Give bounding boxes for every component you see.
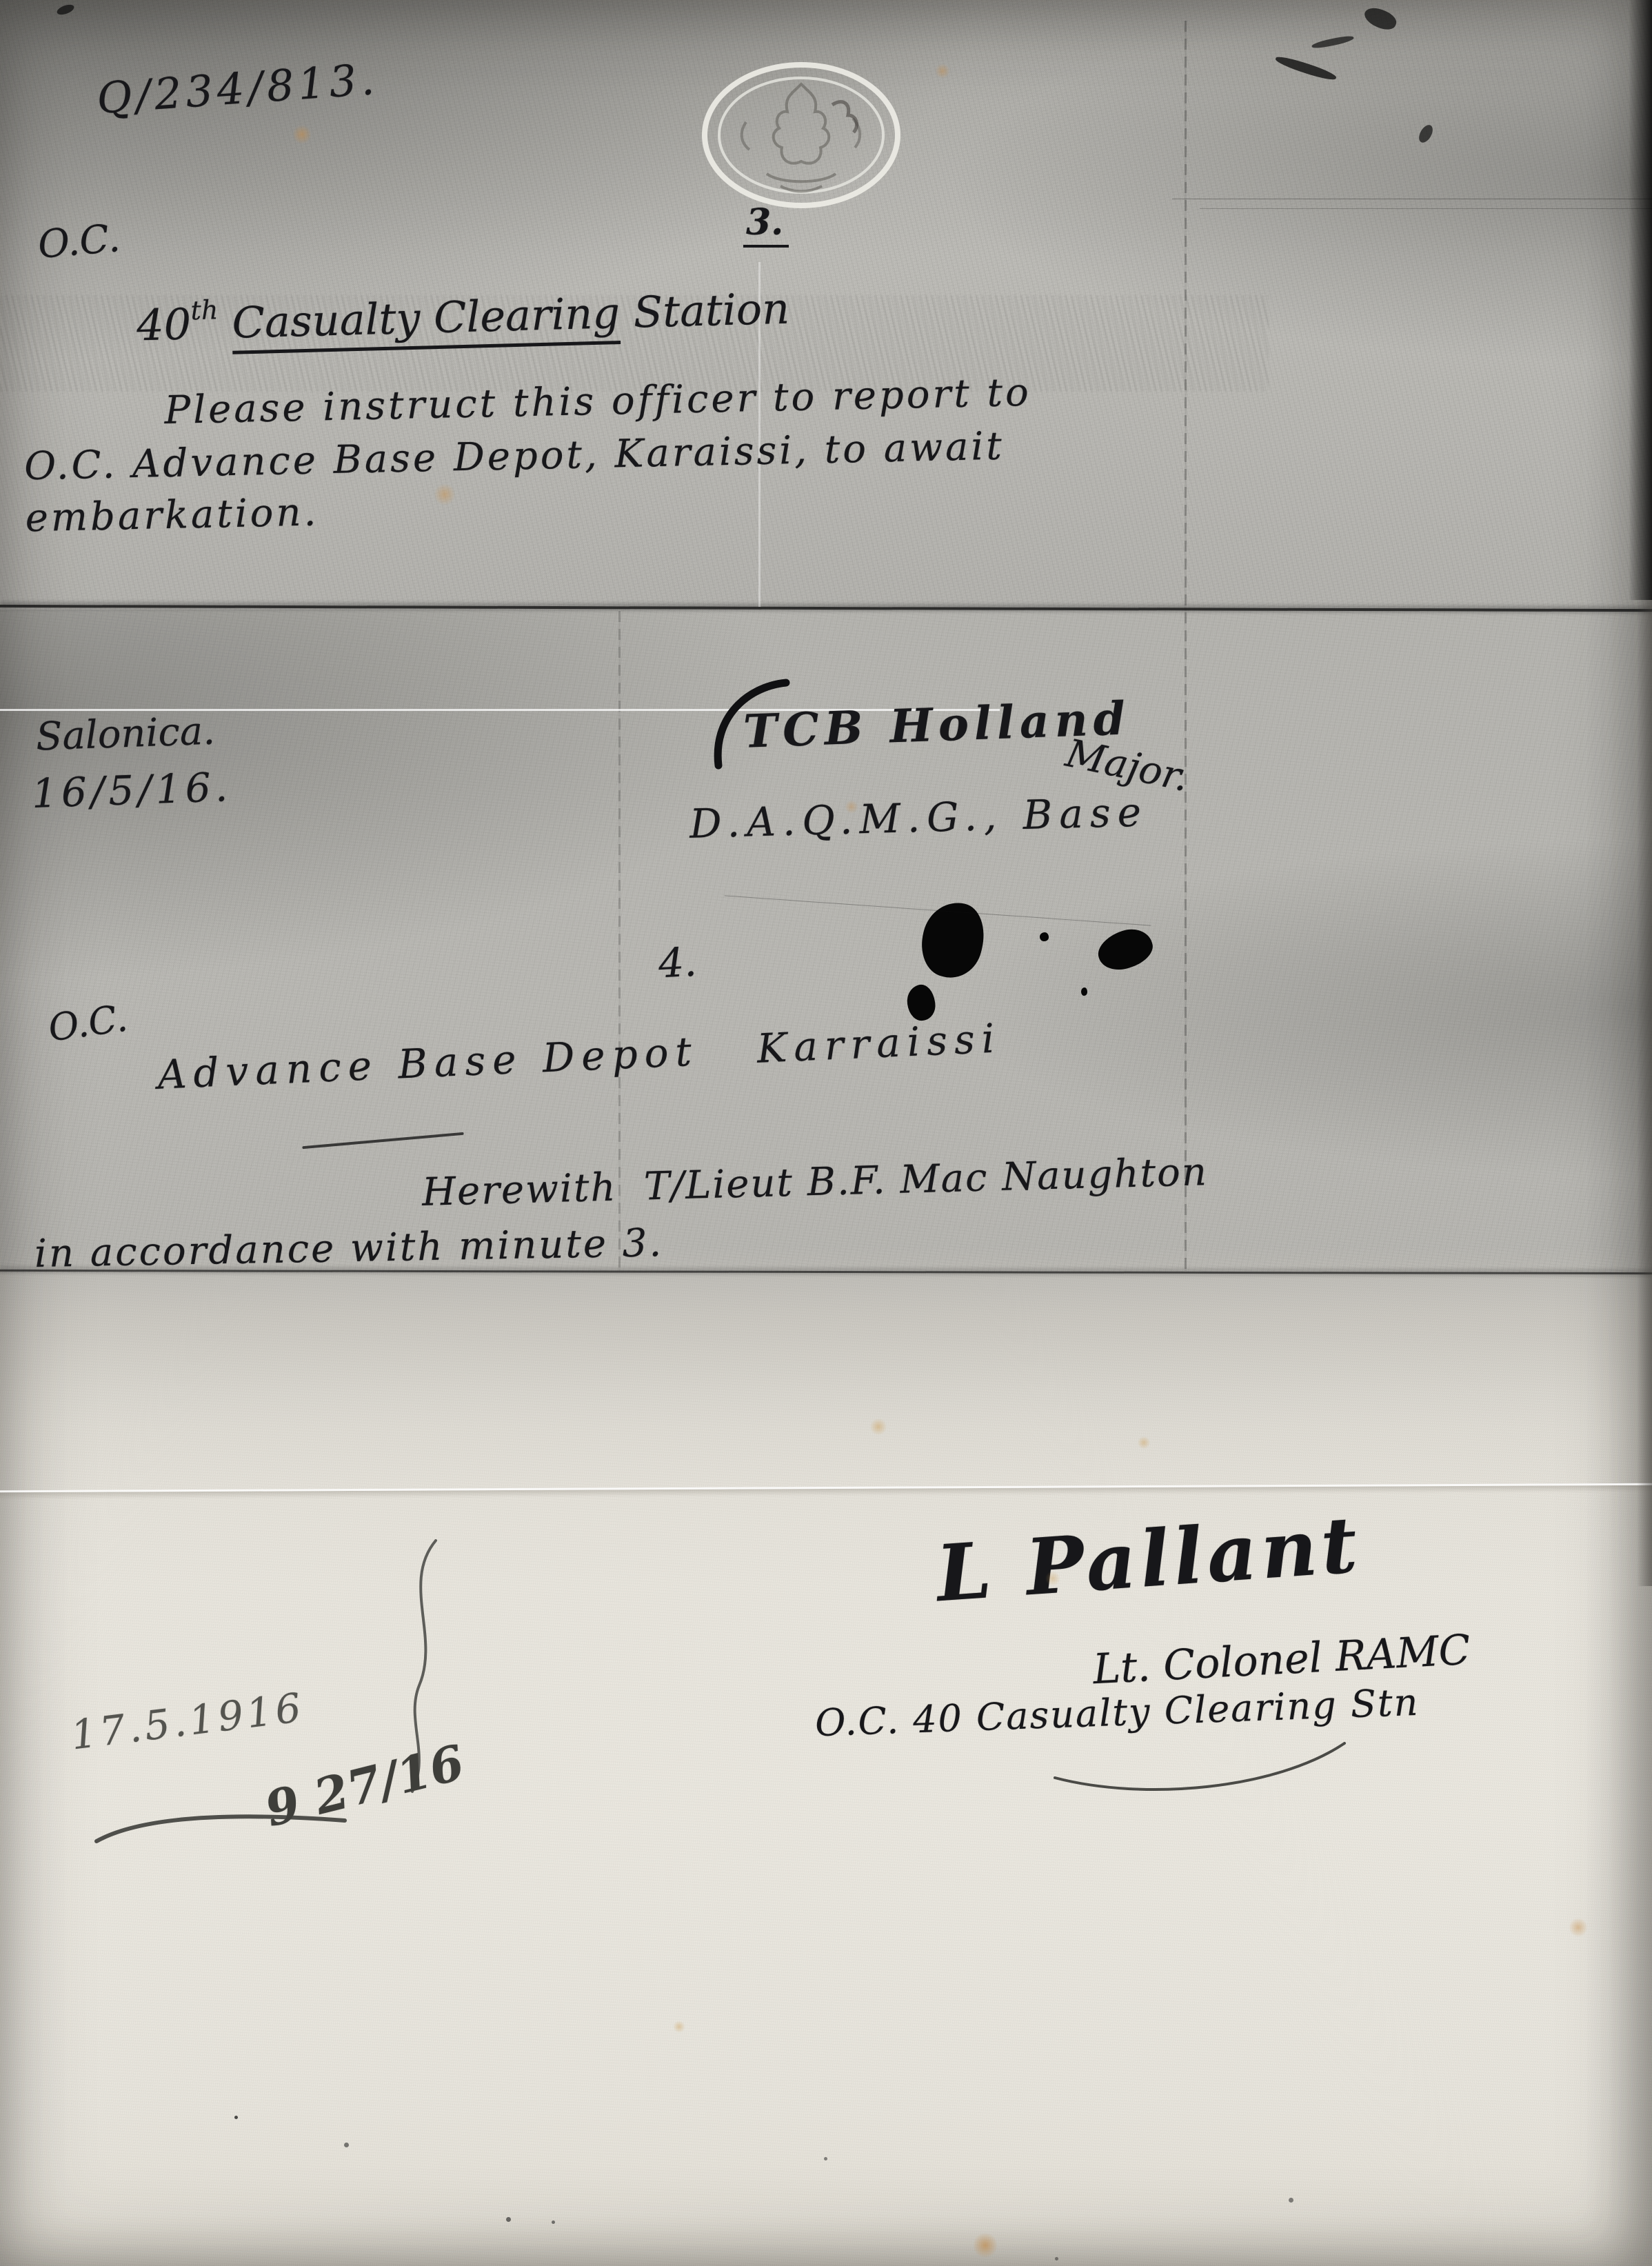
date-line: 16/5/16. (31, 763, 232, 817)
minute-number-top: 3. (743, 201, 789, 248)
spacer (218, 298, 233, 348)
unit-name-rest: Station (619, 283, 790, 338)
age-stain (1045, 1571, 1060, 1586)
royal-crest-seal-icon (698, 57, 905, 215)
ink-speck-1 (1040, 932, 1049, 941)
unit-ordinal: th (190, 294, 219, 325)
signature-flourish-2 (1048, 1738, 1351, 1807)
faint-rule-line (1172, 199, 1652, 199)
place-line: Salonica. (35, 708, 216, 759)
age-stain (1138, 1436, 1150, 1450)
addressee-1: O.C. (36, 216, 121, 268)
signature-2: L Pallant (934, 1500, 1364, 1620)
ink-speck-2 (1081, 987, 1087, 996)
faint-rule-line-2 (1200, 208, 1652, 209)
scan-edge-shadow (1629, 0, 1652, 600)
unit-number: 40 (136, 299, 192, 350)
age-stain (974, 2232, 997, 2259)
age-stain (1569, 1917, 1587, 1938)
fold-line-vertical-right (1185, 21, 1187, 1271)
age-stain (870, 1418, 887, 1436)
age-stain (845, 800, 858, 814)
scanned-document-page: Q/234/813. 3. O.C. 40th Casualty Clearin… (0, 0, 1652, 2266)
shading-transition (0, 1273, 1652, 1490)
received-date-stamp: 17.5.1916 (68, 1684, 307, 1759)
unit-name-underlined: Casualty Clearing (232, 288, 621, 354)
body-paragraph-1: Please instruct this officer to report t… (23, 370, 1034, 541)
age-stain (293, 124, 311, 145)
age-stain (434, 483, 455, 506)
scan-edge-shadow-lower (1637, 600, 1652, 1586)
age-stain (673, 2021, 685, 2033)
minute-number-middle: 4. (657, 939, 698, 987)
dust-specks (234, 2116, 238, 2119)
age-stain (935, 63, 950, 79)
